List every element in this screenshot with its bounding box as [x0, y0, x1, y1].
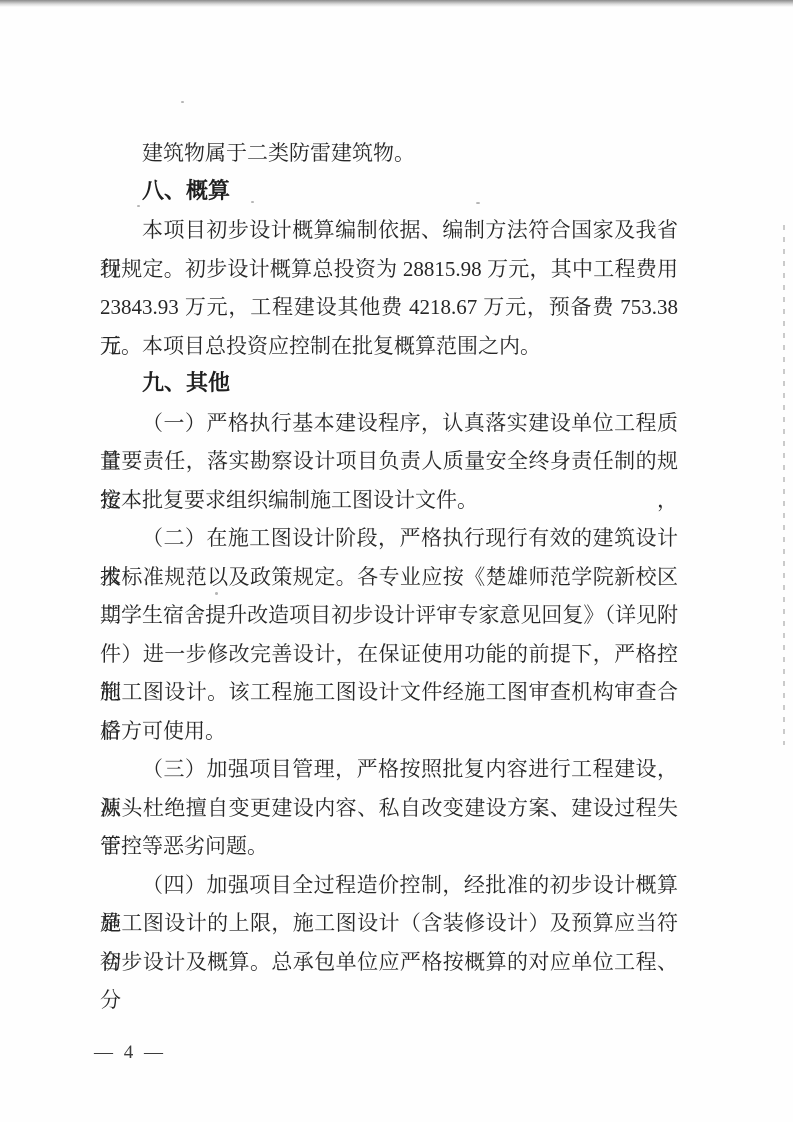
text-line: 初步设计及概算。总承包单位应严格按概算的对应单位工程、分	[100, 943, 678, 982]
text-line: 首要责任，落实勘察设计项目负责人质量安全终身责任制的规定，	[100, 442, 678, 481]
text-line: （一）严格执行基本建设程序，认真落实建设单位工程质量	[100, 404, 678, 443]
scan-right-edge-artifact	[783, 225, 785, 745]
text-line: 建筑物属于二类防雷建筑物。	[100, 134, 678, 173]
text-line: 管控等恶劣问题。	[100, 827, 678, 866]
text-line: 期学生宿舍提升改造项目初步设计评审专家意见回复》（详见附	[100, 596, 678, 635]
text-line: 本项目初步设计概算编制依据、编制方法符合国家及我省现	[100, 211, 678, 250]
text-line: 元。本项目总投资应控制在批复概算范围之内。	[100, 327, 678, 366]
text-line: （四）加强项目全过程造价控制，经批准的初步设计概算是	[100, 866, 678, 905]
text-line: 23843.93 万元，工程建设其他费 4218.67 万元，预备费 753.3…	[100, 288, 678, 327]
scan-speck	[181, 101, 184, 103]
text-line: （三）加强项目管理，严格按照批复内容进行工程建设，从	[100, 750, 678, 789]
text-line: 施工图设计的上限，施工图设计（含装修设计）及预算应当符合	[100, 904, 678, 943]
text-line: 行规定。初步设计概算总投资为 28815.98 万元，其中工程费用	[100, 250, 678, 289]
text-line: 术标准规范以及政策规定。各专业应按《楚雄师范学院新校区二	[100, 558, 678, 597]
text-line: 件）进一步修改完善设计，在保证使用功能的前提下，严格控制	[100, 635, 678, 674]
text-line: 施工图设计。该工程施工图设计文件经施工图审查机构审查合格	[100, 673, 678, 712]
scan-top-edge-artifact	[0, 0, 793, 7]
text-line: （二）在施工图设计阶段，严格执行现行有效的建筑设计技	[100, 519, 678, 558]
document-body: 建筑物属于二类防雷建筑物。 八、概算 本项目初步设计概算编制依据、编制方法符合国…	[100, 134, 678, 981]
section-heading-8: 八、概算	[100, 173, 678, 212]
text-line: 源头杜绝擅自变更建设内容、私自改变建设方案、建设过程失于	[100, 789, 678, 828]
section-heading-9: 九、其他	[100, 365, 678, 404]
text-line: 后方可使用。	[100, 712, 678, 751]
scanned-document-page: 建筑物属于二类防雷建筑物。 八、概算 本项目初步设计概算编制依据、编制方法符合国…	[0, 0, 793, 1122]
page-number: — 4 —	[94, 1042, 166, 1064]
